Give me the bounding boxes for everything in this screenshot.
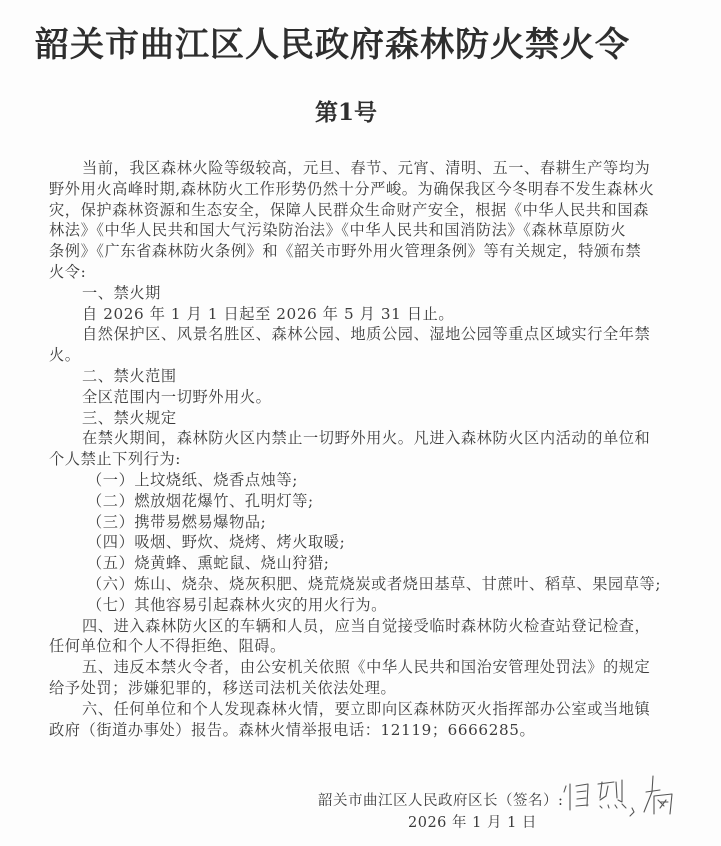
body-line: 给予处罚；涉嫌犯罪的，移送司法机关依法处理。: [49, 678, 653, 699]
document-date: 2026 年 1 月 1 日: [408, 811, 537, 832]
body-line: 林法》《中华人民共和国大气污染防治法》《中华人民共和国消防法》《森林草原防火: [49, 220, 653, 241]
document-title: 韶关市曲江区人民政府森林防火禁火令: [0, 22, 665, 68]
body-line: 自 2026 年 1 月 1 日起至 2026 年 5 月 31 日止。: [49, 304, 653, 325]
handwritten-signature: [560, 772, 685, 817]
body-line: 当前，我区森林火险等级较高，元旦、春节、元宵、清明、五一、春耕生产等均为: [49, 158, 653, 179]
list-item: （六）炼山、烧杂、烧灰积肥、烧荒烧炭或者烧田基草、甘蔗叶、稻草、果园草等;: [49, 574, 653, 595]
body-line: 在禁火期间，森林防火区内禁止一切野外用火。凡进入森林防火区内活动的单位和: [49, 428, 653, 449]
body-line: 任何单位和个人不得拒绝、阻碍。: [49, 636, 653, 657]
body-line: 四、进入森林防火区的车辆和人员，应当自觉接受临时森林防火检查站登记检查，: [49, 616, 653, 637]
list-item: （四）吸烟、野炊、烧烤、烤火取暖;: [49, 532, 653, 553]
body-line: 五、违反本禁火令者，由公安机关依照《中华人民共和国治安管理处罚法》的规定: [49, 657, 653, 678]
list-item: （一）上坟烧纸、烧香点烛等;: [49, 470, 653, 491]
section-heading-ban-scope: 二、禁火范围: [49, 366, 653, 387]
body-line: 自然保护区、风景名胜区、森林公园、地质公园、湿地公园等重点区域实行全年禁: [49, 324, 653, 345]
body-line: 全区范围内一切野外用火。: [49, 387, 653, 408]
document-body: 当前，我区森林火险等级较高，元旦、春节、元宵、清明、五一、春耕生产等均为 野外用…: [49, 158, 653, 740]
body-line: 个人禁止下列行为:: [49, 449, 653, 470]
body-line: 火令:: [49, 262, 653, 283]
body-line: 六、任何单位和个人发现森林火情，要立即向区森林防灭火指挥部办公室或当地镇: [49, 699, 653, 720]
body-line: 火。: [49, 345, 653, 366]
body-line: 野外用火高峰时期,森林防火工作形势仍然十分严峻。为确保我区今冬明春不发生森林火: [49, 179, 653, 200]
document-number: 第1号: [0, 97, 692, 129]
list-item: （三）携带易燃易爆物品;: [49, 512, 653, 533]
signature-label: 韶关市曲江区人民政府区长（签名）:: [318, 789, 563, 810]
list-item: （五）烧黄蜂、熏蛇鼠、烧山狩猎;: [49, 553, 653, 574]
list-item: （七）其他容易引起森林火灾的用火行为。: [49, 595, 653, 616]
section-heading-ban-period: 一、禁火期: [49, 283, 653, 304]
body-line: 灾，保护森林资源和生态安全，保障人民群众生命财产安全，根据《中华人民共和国森: [49, 200, 653, 221]
body-line: 条例》《广东省森林防火条例》和《韶关市野外用火管理条例》等有关规定，特颁布禁: [49, 241, 653, 262]
body-line: 政府（街道办事处）报告。森林火情举报电话：12119；6666285。: [49, 720, 653, 741]
list-item: （二）燃放烟花爆竹、孔明灯等;: [49, 491, 653, 512]
section-heading-ban-rules: 三、禁火规定: [49, 408, 653, 429]
